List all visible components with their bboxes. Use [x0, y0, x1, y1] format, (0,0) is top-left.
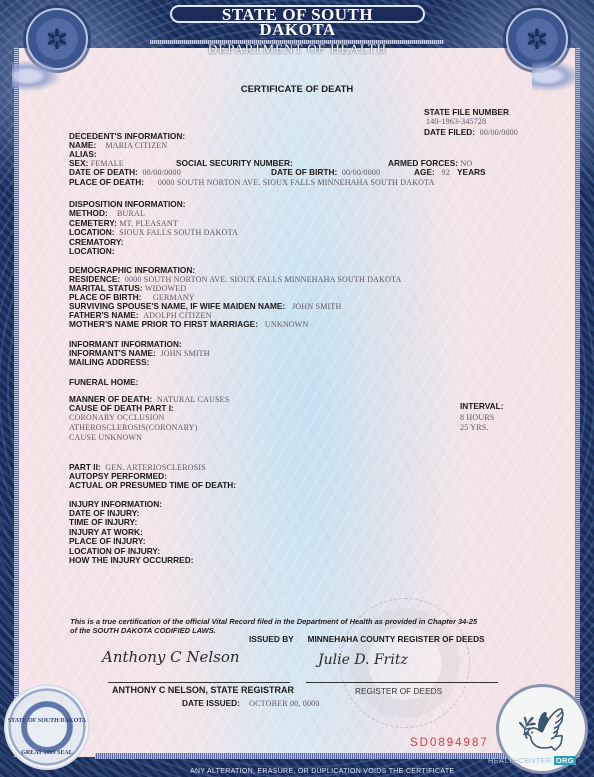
- issued-by-row: ISSUED BY MINNEHAHA COUNTY REGISTER OF D…: [249, 634, 485, 644]
- state-file-number-label: STATE FILE NUMBER: [424, 107, 509, 117]
- date-filed-value: 00/00/0000: [480, 128, 518, 137]
- method-value: BURAL: [117, 209, 145, 218]
- date-issued-value: OCTOBER 00, 0000: [249, 699, 319, 708]
- mother-row: MOTHER'S NAME PRIOR TO FIRST MARRIAGE: U…: [69, 319, 309, 330]
- mother-label: MOTHER'S NAME PRIOR TO FIRST MARRIAGE:: [69, 319, 258, 329]
- place-of-death-row: PLACE OF DEATH: 0000 SOUTH NORTON AVE. S…: [69, 177, 435, 188]
- date-filed-label: DATE FILED:: [424, 127, 475, 137]
- registrar-signature: Anthony C Nelson: [102, 648, 240, 666]
- seal-text: STATE OF SOUTH DAKOTA: [6, 718, 88, 724]
- issued-by-value: MINNEHAHA COUNTY REGISTER OF DEEDS: [308, 634, 485, 644]
- date-issued-label: DATE ISSUED:: [182, 698, 240, 708]
- mother-value: UNKNOWN: [265, 320, 309, 329]
- serial-number: SD0894987: [410, 737, 489, 749]
- cause-line-3: CAUSE UNKNOWN: [69, 433, 142, 443]
- location-value: SIOUX FALLS SOUTH DAKOTA: [119, 228, 238, 237]
- certificate-title: CERTIFICATE OF DEATH: [0, 84, 594, 95]
- interval-label: INTERVAL:: [460, 401, 503, 411]
- age-label: AGE:: [414, 167, 435, 177]
- place-of-injury-label: PLACE OF INJURY:: [69, 536, 146, 546]
- place-of-death-value: 0000 SOUTH NORTON AVE. SIOUX FALLS MINNE…: [158, 178, 435, 187]
- registrar-title: ANTHONY C NELSON, STATE REGISTRAR: [112, 685, 294, 695]
- crematory-location-label: LOCATION:: [69, 246, 114, 256]
- time-of-death-label: ACTUAL OR PRESUMED TIME OF DEATH:: [69, 480, 236, 490]
- method-label: METHOD:: [69, 208, 108, 218]
- state-great-seal: STATE OF SOUTH DAKOTA GREAT 1889 SEAL: [4, 684, 90, 770]
- age-value: 92: [442, 168, 450, 177]
- certification-statement: This is a true certification of the offi…: [70, 617, 477, 635]
- deeds-signature: Julie D. Fritz: [318, 652, 408, 668]
- certificate-content: CERTIFICATE OF DEATH STATE FILE NUMBER 1…: [0, 0, 594, 777]
- cause-part1-label: CAUSE OF DEATH PART I:: [69, 403, 174, 413]
- name-value: MARIA CITIZEN: [105, 141, 167, 150]
- registrar-signature-line: [108, 682, 290, 683]
- footer-warning: ANY ALTERATION, ERASURE, OR DUPLICATION …: [190, 768, 454, 775]
- certification-line-1: This is a true certification of the offi…: [70, 617, 477, 626]
- date-issued-row: DATE ISSUED: OCTOBER 00, 0000: [182, 698, 320, 709]
- date-of-death-label: DATE OF DEATH:: [69, 167, 138, 177]
- deeds-title: REGISTER OF DEEDS: [355, 686, 442, 696]
- spouse-value: JOHN SMITH: [292, 302, 341, 311]
- age-unit: YEARS: [457, 167, 486, 177]
- place-of-death-label: PLACE OF DEATH:: [69, 177, 144, 187]
- how-injury-occurred-label: HOW THE INJURY OCCURRED:: [69, 555, 193, 565]
- date-filed-row: DATE FILED: 00/00/0000: [424, 127, 518, 138]
- watermark-text: HEALTHCENTER: [488, 756, 551, 765]
- state-file-number: 140-1963-345728: [426, 117, 486, 127]
- location-label: LOCATION:: [69, 227, 114, 237]
- cause-line-2: ATHEROSCLEROSIS(CORONARY): [69, 423, 198, 433]
- date-of-death-value: 00/00/0000: [142, 168, 180, 177]
- interval-line-2: 25 YRS.: [460, 423, 489, 433]
- watermark-badge: ORG: [554, 756, 576, 765]
- pheasant-icon: 🕊: [515, 704, 574, 761]
- seal-year: GREAT 1889 SEAL: [6, 750, 88, 756]
- cause-line-1: CORONARY OCCLUSION: [69, 413, 165, 423]
- deeds-signature-line: [306, 682, 498, 683]
- mailing-address-label: MAILING ADDRESS:: [69, 357, 149, 367]
- date-of-birth-value: 00/00/0000: [342, 168, 380, 177]
- informant-name-value: JOHN SMITH: [160, 349, 209, 358]
- funeral-home-label: FUNERAL HOME:: [69, 377, 138, 387]
- watermark: HEALTHCENTER ORG: [488, 756, 576, 765]
- date-of-birth-label: DATE OF BIRTH:: [271, 167, 337, 177]
- issued-by-label: ISSUED BY: [249, 634, 294, 644]
- time-of-injury-label: TIME OF INJURY:: [69, 517, 137, 527]
- interval-line-1: 8 HOURS: [460, 413, 495, 423]
